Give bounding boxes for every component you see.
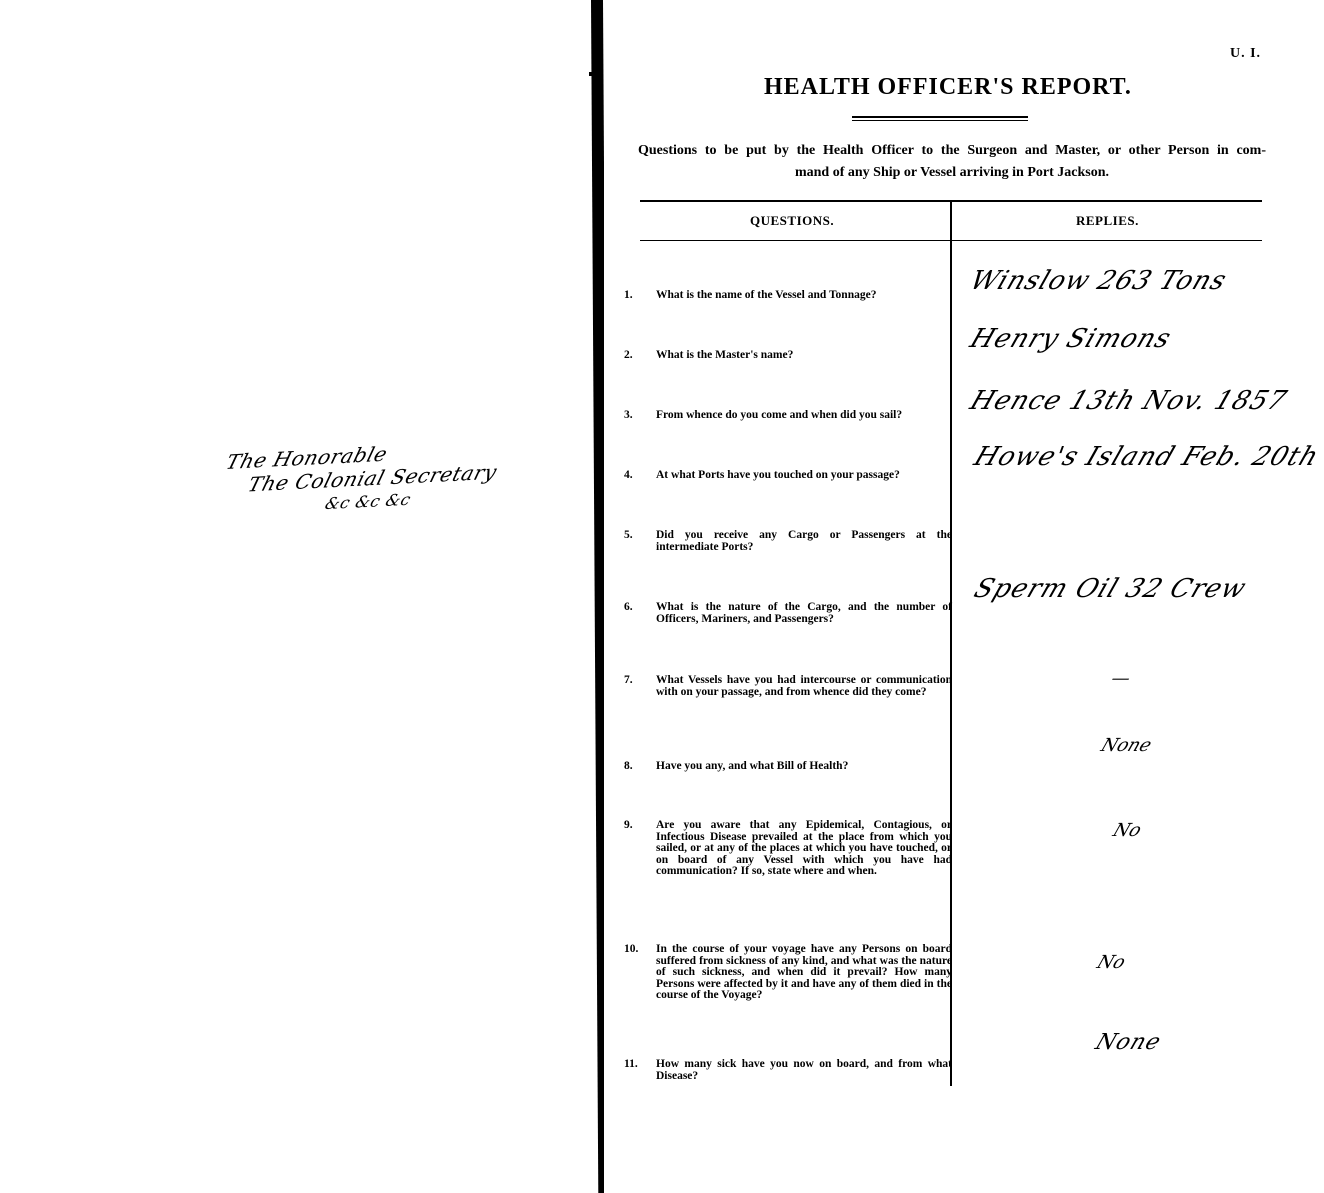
title-underline bbox=[852, 116, 1028, 118]
question-row-10: 10.In the course of your voyage have any… bbox=[640, 944, 952, 1002]
form-code: U. I. bbox=[1230, 46, 1261, 62]
question-text: How many sick have you now on board, and… bbox=[656, 1058, 952, 1082]
question-number: 1. bbox=[640, 290, 656, 302]
question-text: In the course of your voyage have any Pe… bbox=[656, 943, 952, 1001]
spine-mark bbox=[589, 72, 603, 76]
question-text: Are you aware that any Epidemical, Conta… bbox=[656, 819, 952, 877]
reply-1: Winslow 263 Tons bbox=[966, 266, 1231, 296]
column-header-questions: QUESTIONS. bbox=[750, 213, 834, 229]
question-number: 9. bbox=[640, 820, 656, 832]
left-page: The Honorable The Colonial Secretary &c … bbox=[0, 0, 592, 1193]
question-text: At what Ports have you touched on your p… bbox=[656, 469, 900, 481]
question-row-5: 5.Did you receive any Cargo or Passenger… bbox=[640, 530, 952, 553]
question-number: 11. bbox=[640, 1059, 656, 1071]
question-row-2: 2.What is the Master's name? bbox=[640, 350, 952, 362]
instructions-line-2: mand of any Ship or Vessel arriving in P… bbox=[638, 162, 1266, 184]
question-number: 4. bbox=[640, 470, 656, 482]
question-number: 2. bbox=[640, 350, 656, 362]
question-text: What is the Master's name? bbox=[656, 349, 793, 361]
question-text: What is the name of the Vessel and Tonna… bbox=[656, 289, 876, 301]
handwritten-address: The Honorable The Colonial Secretary &c … bbox=[210, 433, 555, 522]
question-row-4: 4.At what Ports have you touched on your… bbox=[640, 470, 952, 482]
question-number: 8. bbox=[640, 761, 656, 773]
question-row-1: 1.What is the name of the Vessel and Ton… bbox=[640, 290, 952, 302]
form-instructions: Questions to be put by the Health Office… bbox=[638, 140, 1266, 184]
question-number: 7. bbox=[640, 675, 656, 687]
question-row-3: 3.From whence do you come and when did y… bbox=[640, 410, 952, 422]
question-text: Have you any, and what Bill of Health? bbox=[656, 760, 848, 772]
reply-8: None bbox=[1098, 735, 1154, 756]
question-row-11: 11.How many sick have you now on board, … bbox=[640, 1059, 952, 1082]
question-text: From whence do you come and when did you… bbox=[656, 409, 902, 421]
title-underline-thin bbox=[852, 120, 1028, 121]
question-number: 3. bbox=[640, 410, 656, 422]
reply-2: Henry Simons bbox=[966, 324, 1176, 354]
question-number: 10. bbox=[640, 944, 656, 956]
question-number: 5. bbox=[640, 530, 656, 542]
question-row-6: 6.What is the nature of the Cargo, and t… bbox=[640, 602, 952, 625]
question-text: What is the nature of the Cargo, and the… bbox=[656, 601, 952, 625]
reply-3: Hence 13th Nov. 1857 bbox=[966, 386, 1291, 416]
question-number: 6. bbox=[640, 602, 656, 614]
question-text: What Vessels have you had intercourse or… bbox=[656, 674, 952, 698]
question-row-9: 9.Are you aware that any Epidemical, Con… bbox=[640, 820, 952, 878]
reply-11: None bbox=[1092, 1030, 1165, 1055]
reply-6: Sperm Oil 32 Crew bbox=[970, 574, 1251, 604]
page-title: HEALTH OFFICER'S REPORT. bbox=[764, 74, 1132, 101]
reply-4: Howe's Island Feb. 20th 1858 bbox=[970, 442, 1324, 472]
question-text: Did you receive any Cargo or Passengers … bbox=[656, 529, 952, 553]
question-row-7: 7.What Vessels have you had intercourse … bbox=[640, 675, 952, 698]
column-header-replies: REPLIES. bbox=[1076, 213, 1139, 229]
instructions-line-1: Questions to be put by the Health Office… bbox=[638, 140, 1266, 162]
question-row-8: 8.Have you any, and what Bill of Health? bbox=[640, 761, 952, 773]
